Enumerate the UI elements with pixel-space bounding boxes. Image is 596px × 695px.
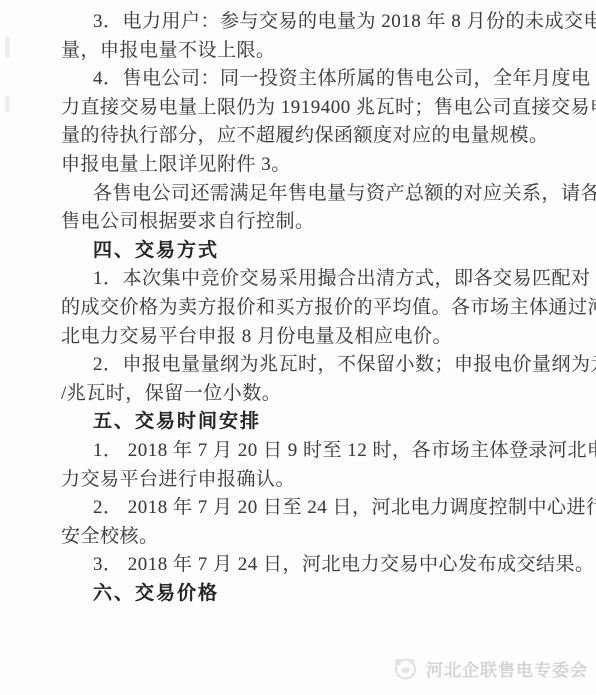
text-line: 安全校核。 [61,523,531,552]
text-line: 3．电力用户：参与交易的电量为 2018 年 8 月份的未成交电 [61,8,531,37]
text-line: /兆瓦时，保留一位小数。 [61,380,531,409]
text-line: 售电公司根据要求自行控制。 [61,208,531,237]
text-line: 的成交价格为卖方报价和买方报价的平均值。各市场主体通过河 [61,294,531,323]
committee-logo-icon [392,655,419,682]
text-line: 1．本次集中竞价交易采用撮合出清方式，即各交易匹配对 [61,265,531,294]
text-line: 4．售电公司：同一投资主体所属的售电公司，全年月度电 [61,65,531,94]
watermark-label: 河北企联售电专委会 [426,656,588,681]
text-line: 2． 2018 年 7 月 20 日至 24 日，河北电力调度控制中心进行 [61,494,531,523]
scan-artifact [5,96,10,112]
watermark: 河北企联售电专委会 [392,655,588,682]
scan-artifact [5,36,10,58]
text-line: 2．申报电量量纲为兆瓦时，不保留小数；申报电价量纲为元 [61,351,531,380]
text-line: 3． 2018 年 7 月 24 日，河北电力交易中心发布成交结果。 [61,551,531,580]
text-line: 申报电量上限详见附件 3。 [61,151,531,180]
text-line: 量的待执行部分，应不超履约保函额度对应的电量规模。 [61,122,531,151]
section-heading-trade-schedule: 五、交易时间安排 [61,408,531,437]
section-heading-trade-mode: 四、交易方式 [61,237,531,266]
text-line: 北电力交易平台申报 8 月份电量及相应电价。 [61,323,531,352]
section-heading-trade-price: 六、交易价格 [61,580,531,609]
scanned-document-page: 3．电力用户：参与交易的电量为 2018 年 8 月份的未成交电 量，申报电量不… [0,0,596,695]
text-line: 1． 2018 年 7 月 20 日 9 时至 12 时，各市场主体登录河北电 [61,437,531,466]
document-body: 3．电力用户：参与交易的电量为 2018 年 8 月份的未成交电 量，申报电量不… [61,8,531,608]
text-line: 各售电公司还需满足年售电量与资产总额的对应关系，请各 [61,180,531,209]
text-line: 量，申报电量不设上限。 [61,37,531,66]
text-line: 力直接交易电量上限仍为 1919400 兆瓦时；售电公司直接交易电 [61,94,531,123]
text-line: 力交易平台进行申报确认。 [61,466,531,495]
